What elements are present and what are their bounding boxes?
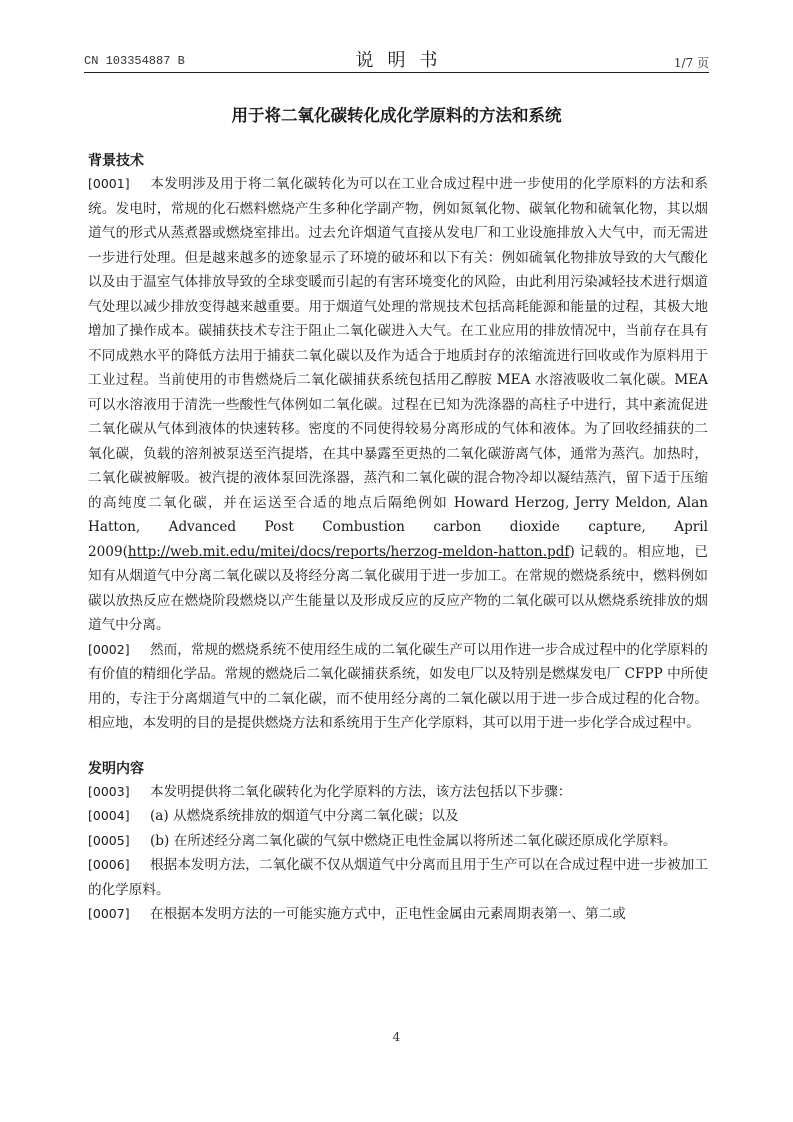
paragraph-text: 本发明涉及用于将二氧化碳转化为可以在工业合成过程中进一步使用的化学原料的方法和系…	[88, 176, 708, 560]
paragraph-number: [0004]	[88, 804, 150, 829]
paragraph-text: (a) 从燃烧系统排放的烟道气中分离二氧化碳；以及	[150, 808, 459, 824]
page-number: 4	[0, 1030, 793, 1044]
paragraph-text: (b) 在所述经分离二氧化碳的气氛中燃烧正电性金属以将所述二氧化碳还原成化学原料…	[150, 833, 677, 849]
document-title: 用于将二氧化碳转化成化学原料的方法和系统	[0, 102, 793, 126]
paragraph-0004: [0004](a) 从燃烧系统排放的烟道气中分离二氧化碳；以及	[88, 804, 708, 829]
reference-link[interactable]: http://web.mit.edu/mitei/docs/reports/he…	[128, 544, 570, 560]
paragraph-text: 然而，常规的燃烧系统不使用经生成的二氧化碳生产可以用作进一步合成过程中的化学原料…	[88, 642, 708, 732]
paragraph-text: 在根据本发明方法的一可能实施方式中，正电性金属由元素周期表第一、第二或	[150, 906, 626, 922]
paragraph-0005: [0005](b) 在所述经分离二氧化碳的气氛中燃烧正电性金属以将所述二氧化碳还…	[88, 829, 708, 854]
section-heading-background: 背景技术	[88, 150, 708, 172]
header-rule	[84, 72, 709, 73]
paragraph-number: [0003]	[88, 780, 150, 805]
paragraph-number: [0002]	[88, 638, 150, 663]
paragraph-number: [0007]	[88, 902, 150, 927]
paragraph-text: 本发明提供将二氧化碳转化为化学原料的方法，该方法包括以下步骤：	[150, 784, 571, 800]
paragraph-0003: [0003]本发明提供将二氧化碳转化为化学原料的方法，该方法包括以下步骤：	[88, 780, 708, 805]
page-indicator: 1/7 页	[674, 54, 709, 71]
section-heading-summary: 发明内容	[88, 758, 708, 780]
paragraph-number: [0001]	[88, 172, 150, 197]
paragraph-0001: [0001]本发明涉及用于将二氧化碳转化为可以在工业合成过程中进一步使用的化学原…	[88, 172, 708, 638]
paragraph-0007: [0007]在根据本发明方法的一可能实施方式中，正电性金属由元素周期表第一、第二…	[88, 902, 708, 927]
paragraph-0006: [0006]根据本发明方法，二氧化碳不仅从烟道气中分离而且用于生产可以在合成过程…	[88, 853, 708, 902]
paragraph-0002: [0002]然而，常规的燃烧系统不使用经生成的二氧化碳生产可以用作进一步合成过程…	[88, 638, 708, 736]
paragraph-number: [0006]	[88, 853, 150, 878]
paragraph-number: [0005]	[88, 829, 150, 854]
document-body: 背景技术 [0001]本发明涉及用于将二氧化碳转化为可以在工业合成过程中进一步使…	[88, 150, 708, 927]
paragraph-text: 根据本发明方法，二氧化碳不仅从烟道气中分离而且用于生产可以在合成过程中进一步被加…	[88, 857, 708, 898]
page-header: CN 103354887 B 说明书 1/7 页	[84, 46, 709, 72]
section-title: 说明书	[84, 46, 709, 72]
